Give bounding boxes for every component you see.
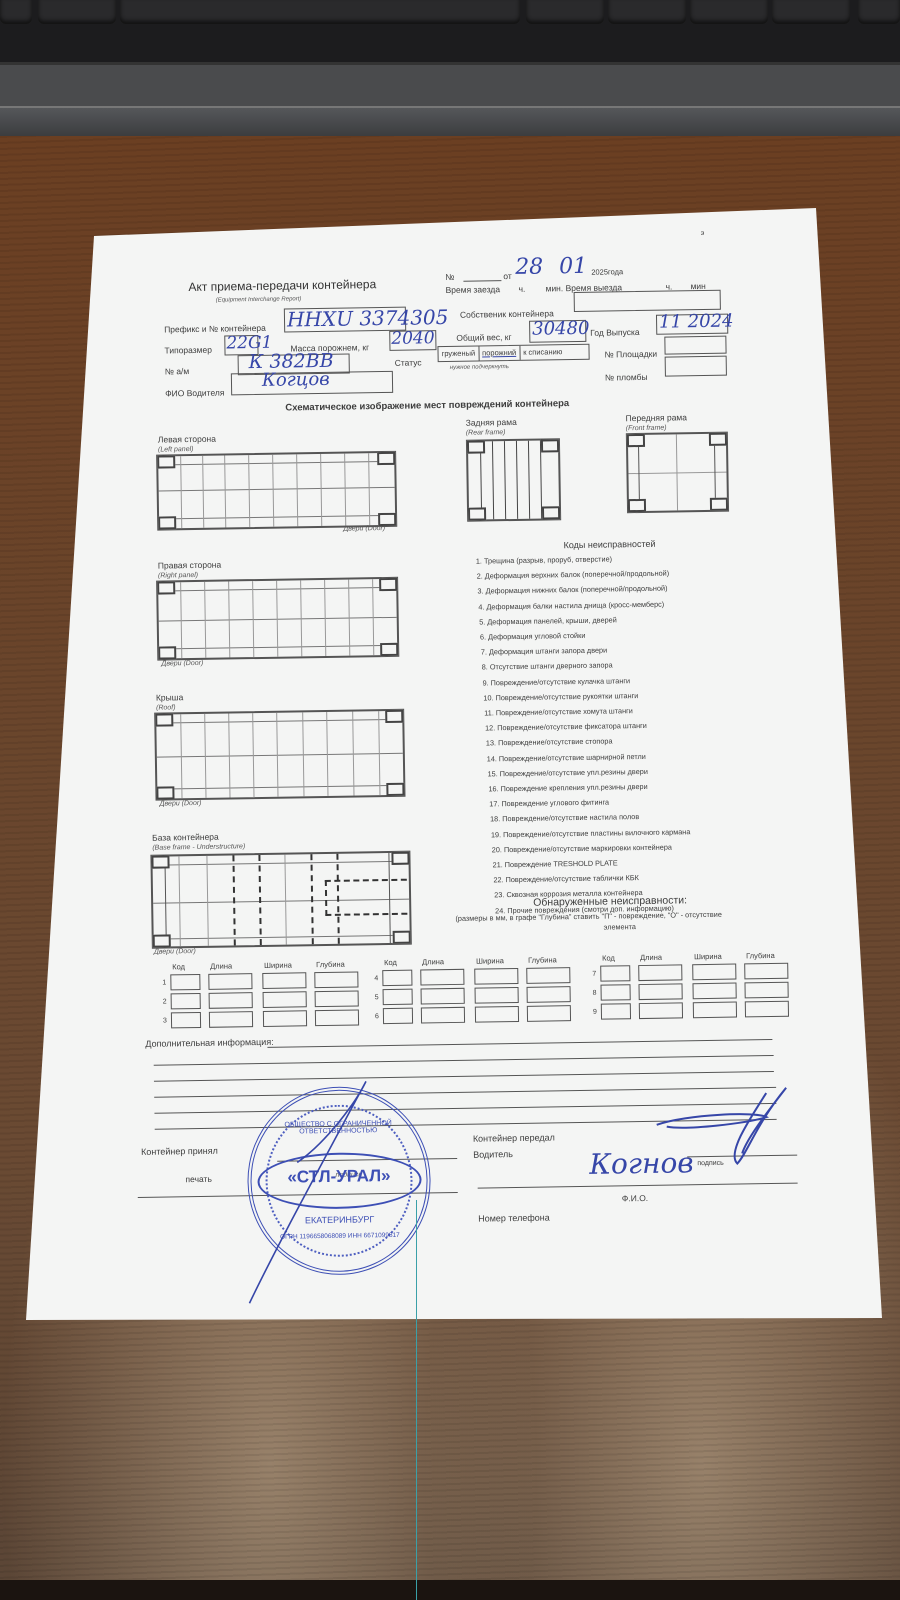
- number-field[interactable]: [463, 280, 501, 282]
- schematic-title: Схематическое изображение мест поврежден…: [285, 398, 569, 413]
- fault-code-item: 17. Повреждение углового фитинга: [489, 798, 609, 809]
- fault-width-field[interactable]: [262, 972, 306, 989]
- fault-length-field[interactable]: [639, 1002, 683, 1019]
- left-panel-label: Левая сторона: [158, 434, 216, 445]
- roof-sub: (Roof): [156, 704, 176, 711]
- fault-width-field[interactable]: [475, 987, 519, 1004]
- right-panel-label: Правая сторона: [158, 560, 221, 571]
- row-number: 6: [375, 1013, 379, 1020]
- gross-weight-label: Общий вес, кг: [456, 332, 511, 343]
- tare-value: 2040: [391, 328, 435, 349]
- status-label: Статус: [395, 357, 422, 367]
- fault-depth-field[interactable]: [745, 1001, 789, 1018]
- seal-field[interactable]: [665, 356, 727, 377]
- column-header: Длина: [210, 961, 232, 970]
- column-header: Код: [172, 962, 185, 971]
- fault-code-item: 21. Повреждение TRESHOLD PLATE: [493, 858, 618, 869]
- fault-code-field[interactable]: [170, 974, 200, 990]
- base-diagram[interactable]: [150, 851, 411, 949]
- column-header: Глубина: [746, 951, 775, 960]
- container-received-label: Контейнер принял: [141, 1146, 218, 1157]
- from-label: от: [503, 271, 512, 281]
- base-door-label: Двери (Door): [154, 948, 196, 956]
- driver-signature: [646, 1083, 797, 1175]
- row-number: 2: [163, 998, 167, 1005]
- handed-name-label: Ф.И.О.: [622, 1193, 648, 1203]
- row-number: 9: [593, 1009, 597, 1016]
- rear-frame-label: Задняя рама: [466, 417, 517, 428]
- form-title: Акт приема-передачи контейнера: [188, 277, 376, 294]
- stamp-signature: [236, 1071, 380, 1313]
- fault-width-field[interactable]: [475, 1006, 519, 1023]
- fault-depth-field[interactable]: [315, 1009, 359, 1026]
- front-frame-diagram[interactable]: [626, 432, 729, 514]
- fault-depth-field[interactable]: [315, 990, 359, 1007]
- driver-field[interactable]: Когцов: [231, 371, 393, 396]
- fault-width-field[interactable]: [692, 983, 736, 1000]
- column-header: Длина: [422, 957, 444, 966]
- right-panel-door-label: Двери (Door): [161, 660, 203, 668]
- gross-weight-field[interactable]: 30480: [529, 320, 586, 343]
- year-label: Год Выпуска: [590, 327, 639, 338]
- fault-code-item: 4. Деформация балки настила днища (кросс…: [478, 599, 664, 611]
- status-option-loaded[interactable]: груженый: [438, 347, 479, 362]
- roof-diagram[interactable]: [154, 709, 405, 801]
- corner-mark: э: [701, 230, 705, 237]
- row-number: 8: [593, 990, 597, 997]
- column-header: Глубина: [528, 955, 557, 964]
- handed-name-line[interactable]: [478, 1183, 798, 1189]
- roof-label: Крыша: [156, 692, 183, 702]
- fault-code-item: 3. Деформация нижних балок (поперечной/п…: [477, 584, 667, 596]
- fault-code-item: 12. Повреждение/отсутствие фиксатора шта…: [485, 721, 647, 733]
- status-selector[interactable]: груженый порожний к списанию: [437, 344, 589, 362]
- status-hint: нужное подчеркнуть: [450, 364, 509, 371]
- fault-length-field[interactable]: [420, 969, 464, 986]
- status-option-empty[interactable]: порожний: [479, 346, 520, 361]
- container-prefix-field[interactable]: HHXU 3374305: [284, 307, 406, 333]
- left-panel-diagram[interactable]: [156, 451, 397, 531]
- fault-code-item: 14. Повреждение/отсутствие шарнирной пет…: [487, 752, 646, 763]
- fault-depth-field[interactable]: [527, 1005, 571, 1022]
- fault-depth-field[interactable]: [744, 982, 788, 999]
- phone-label: Номер телефона: [478, 1212, 550, 1223]
- scan-guide-line: [416, 1200, 417, 1600]
- site-field[interactable]: [664, 336, 726, 355]
- fault-width-field[interactable]: [263, 991, 307, 1008]
- column-header: Ширина: [264, 961, 292, 970]
- fault-length-field[interactable]: [209, 992, 253, 1009]
- fault-length-field[interactable]: [208, 973, 252, 990]
- right-panel-sub: (Right panel): [158, 572, 198, 580]
- fault-depth-field[interactable]: [527, 986, 571, 1003]
- detected-faults-title: Обнаруженные неисправности:: [533, 894, 687, 908]
- row-number: 7: [592, 971, 596, 978]
- row-number: 5: [375, 994, 379, 1001]
- fault-code-item: 19. Повреждение/отсутствие пластины вило…: [491, 827, 691, 839]
- fault-code-field[interactable]: [383, 989, 413, 1005]
- owner-field[interactable]: [574, 290, 721, 312]
- fault-code-field[interactable]: [171, 1012, 201, 1028]
- fault-code-item: 10. Повреждение/отсутствие рукоятки штан…: [483, 691, 638, 702]
- front-frame-sub: (Front frame): [626, 425, 667, 433]
- column-header: Длина: [640, 953, 662, 962]
- row-number: 4: [374, 975, 378, 982]
- fault-width-field[interactable]: [263, 1010, 307, 1027]
- fault-code-item: 9. Повреждение/отсутствие кулачка штанги: [482, 676, 630, 687]
- right-panel-diagram[interactable]: [156, 577, 399, 661]
- fault-length-field[interactable]: [209, 1011, 253, 1028]
- fault-length-field[interactable]: [638, 964, 682, 981]
- fault-code-item: 22. Повреждение/отсутствие таблички КБК: [493, 873, 639, 884]
- site-label: № Площадки: [605, 349, 658, 360]
- fault-code-item: 7. Деформация штанги запора двери: [481, 646, 607, 657]
- base-sub: (Base frame - Understructure): [152, 843, 245, 851]
- year-field[interactable]: 11 2024: [656, 314, 728, 335]
- column-header: Глубина: [316, 960, 345, 969]
- fault-code-field[interactable]: [171, 993, 201, 1009]
- fault-code-item: 6. Деформация угловой стойки: [480, 631, 585, 642]
- arrival-time-label: Время заезда: [445, 284, 500, 295]
- row-number: 3: [163, 1017, 167, 1024]
- fault-width-field[interactable]: [693, 1002, 737, 1019]
- seal-label: № пломбы: [605, 372, 648, 383]
- fault-depth-field[interactable]: [526, 967, 570, 984]
- fault-code-item: 20. Повреждение/отсутствие маркировки ко…: [492, 842, 672, 854]
- column-header: Ширина: [694, 952, 722, 961]
- left-panel-door-label: Двери (Door): [343, 525, 385, 533]
- fault-code-item: 1. Трещина (разрыв, проруб, отверстие): [476, 554, 612, 565]
- fault-code-field[interactable]: [382, 970, 412, 986]
- tare-field[interactable]: 2040: [389, 330, 436, 351]
- roof-door-label: Двери (Door): [160, 800, 202, 808]
- fault-depth-field[interactable]: [314, 971, 358, 988]
- fault-codes-title: Коды неисправностей: [564, 539, 656, 550]
- column-header: Ширина: [476, 956, 504, 965]
- row-number: 1: [162, 979, 166, 986]
- year-value: 11 2024: [659, 311, 734, 333]
- fault-depth-field[interactable]: [744, 963, 788, 980]
- additional-info-label: Дополнительная информация:: [145, 1037, 273, 1049]
- fault-code-item: 2. Деформация верхних балок (поперечной/…: [477, 569, 670, 581]
- status-option-write-off[interactable]: к списанию: [520, 345, 565, 360]
- fault-code-field[interactable]: [600, 965, 630, 981]
- fault-code-field[interactable]: [601, 1003, 631, 1019]
- fault-length-field[interactable]: [638, 983, 682, 1000]
- detected-note-line2: элемента: [604, 922, 636, 932]
- year-suffix: 2025года: [591, 267, 623, 276]
- driver-value: Когцов: [262, 369, 330, 391]
- fault-code-item: 13. Повреждение/отсутствие стопора: [486, 737, 613, 748]
- gross-weight-value: 30480: [532, 318, 590, 340]
- fault-code-item: 15. Повреждение/отсутствие упл.резины дв…: [487, 767, 647, 779]
- form-subtitle: (Equipment Interchange Report): [216, 296, 302, 303]
- column-header: Код: [602, 953, 615, 962]
- fault-code-field[interactable]: [383, 1008, 413, 1024]
- stamp-label: печать: [185, 1174, 211, 1184]
- size-type-label: Типоразмер: [164, 345, 212, 356]
- fault-code-field[interactable]: [600, 984, 630, 1000]
- driver-label: ФИО Водителя: [165, 388, 224, 399]
- front-frame-label: Передняя рама: [626, 412, 688, 423]
- handed-driver-label: Водитель: [473, 1149, 513, 1160]
- left-panel-sub: (Left panel): [158, 446, 194, 454]
- date-day[interactable]: 28: [515, 254, 543, 279]
- fault-code-item: 18. Повреждение/отсутствие настила полов: [490, 812, 639, 823]
- date-month[interactable]: 01: [559, 254, 587, 279]
- hours-label: ч.: [518, 284, 525, 294]
- rear-frame-diagram[interactable]: [466, 438, 561, 521]
- fault-length-field[interactable]: [421, 988, 465, 1005]
- column-header: Код: [384, 958, 397, 967]
- base-label: База контейнера: [152, 832, 219, 843]
- interchange-report-form: э Акт приема-передачи контейнера (Equipm…: [0, 0, 900, 1600]
- rear-frame-sub: (Rear frame): [466, 429, 506, 437]
- fault-width-field[interactable]: [692, 964, 736, 981]
- fault-code-item: 11. Повреждение/отсутствие хомута штанги: [484, 706, 633, 717]
- number-label: №: [445, 272, 454, 282]
- fault-width-field[interactable]: [474, 968, 518, 985]
- fault-code-item: 5. Деформация панелей, крыши, дверей: [479, 615, 617, 626]
- vehicle-label: № а/м: [165, 366, 190, 376]
- fault-code-item: 8. Отсутствие штанги дверного запора: [482, 661, 613, 672]
- fault-code-item: 16. Повреждение крепления упл.резины две…: [488, 782, 647, 794]
- container-handed-label: Контейнер передал: [473, 1132, 555, 1143]
- fault-length-field[interactable]: [421, 1007, 465, 1024]
